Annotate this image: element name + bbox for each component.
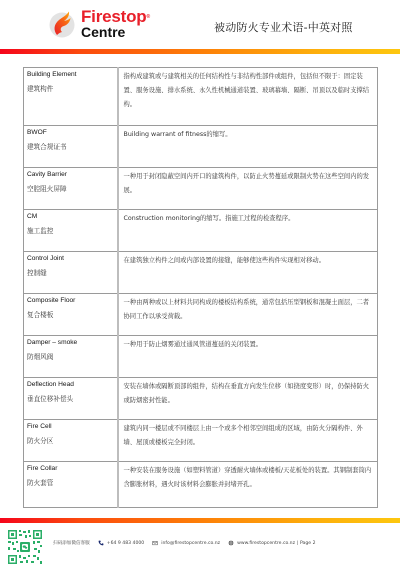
table-row: Damper – smoke 防烟风阀 一种用于防止烟雾通过通风管道蔓延的关闭装… [24,336,378,378]
term-cell: BWOF 建筑合规证书 [24,126,118,168]
page-header: Firestop® Centre 被动防火专业术语-中英对照 [0,0,400,49]
brand-name-line2: Centre [81,25,150,39]
table-row: Building Element 建筑构件 指构成建筑或与建筑相关的任何结构性与… [24,68,378,126]
definition-cell: 一种安装在服务设施（如塑料管道）穿透耐火墙体或楼板/天花板处的装置。其钢制套筒内… [118,462,378,508]
term-english: Damper – smoke [27,338,114,352]
term-chinese: 防烟风阀 [27,352,114,362]
term-definition: Building warrant of fitness的缩写。 [124,128,374,142]
term-cell: Deflection Head 垂直位移补偿头 [24,378,118,420]
definition-cell: 一种用于封闭隐蔽空间内开口的建筑构件，以防止火势蔓延或限制火势在这些空间内的发展… [118,168,378,210]
term-definition: 指构成建筑或与建筑相关的任何结构性与非结构性部件或组件，包括但不限于：固定装置、… [124,70,374,111]
term-definition: 一种安装在服务设施（如塑料管道）穿透耐火墙体或楼板/天花板处的装置。其钢制套筒内… [124,464,374,492]
term-english: Deflection Head [27,380,114,394]
glossary-table: Building Element 建筑构件 指构成建筑或与建筑相关的任何结构性与… [23,67,378,508]
registered-mark: ® [146,14,149,20]
qr-caption: 扫码添加微信客服 [53,540,90,546]
term-english: BWOF [27,128,114,142]
term-chinese: 控制缝 [27,268,114,278]
term-chinese: 垂直位移补偿头 [27,394,114,404]
document-title: 被动防火专业术语-中英对照 [214,19,353,35]
term-definition: Construction monitoring的缩写。指施工过程的检查程序。 [124,212,374,226]
contact-line: 扫码添加微信客服 +64 9 483 4000 info@firestopcen… [53,540,316,546]
table-row: Fire Cell 防火分区 建筑内同一楼层或不同楼层上由一个或多个相邻空间组成… [24,420,378,462]
definition-cell: 指构成建筑或与建筑相关的任何结构性与非结构性部件或组件，包括但不限于：固定装置、… [118,68,378,126]
definition-cell: Construction monitoring的缩写。指施工过程的检查程序。 [118,210,378,252]
term-chinese: 防火套管 [27,478,114,488]
term-definition: 一种用于封闭隐蔽空间内开口的建筑构件，以防止火势蔓延或限制火势在这些空间内的发展… [124,170,374,198]
definition-cell: 建筑内同一楼层或不同楼层上由一个或多个相邻空间组成的区域，由防火分隔构件、外墙、… [118,420,378,462]
table-row: Control Joint 控制缝 在建筑独立构件之间或内部设置的接缝，能够使这… [24,252,378,294]
definition-cell: 一种由两种或以上材料共同构成的楼板结构系统，通常包括压型钢板和混凝土面层，二者协… [118,294,378,336]
table-row: Cavity Barrier 空腔阻火屏障 一种用于封闭隐蔽空间内开口的建筑构件… [24,168,378,210]
table-row: Fire Collar 防火套管 一种安装在服务设施（如塑料管道）穿透耐火墙体或… [24,462,378,508]
firestop-centre-logo: Firestop® Centre [48,8,158,40]
header-gradient-divider [0,49,400,54]
table-row: Composite Floor 复合楼板 一种由两种或以上材料共同构成的楼板结构… [24,294,378,336]
term-chinese: 防火分区 [27,436,114,446]
flame-logo-icon [48,10,76,38]
term-english: Cavity Barrier [27,170,114,184]
term-english: Composite Floor [27,296,114,310]
definition-cell: 一种用于防止烟雾通过通风管道蔓延的关闭装置。 [118,336,378,378]
term-chinese: 复合楼板 [27,310,114,320]
term-chinese: 空腔阻火屏障 [27,184,114,194]
phone-icon [98,540,104,546]
term-cell: Damper – smoke 防烟风阀 [24,336,118,378]
term-definition: 一种用于防止烟雾通过通风管道蔓延的关闭装置。 [124,338,374,352]
globe-icon [228,540,234,546]
table-row: CM 施工监控 Construction monitoring的缩写。指施工过程… [24,210,378,252]
term-definition: 一种由两种或以上材料共同构成的楼板结构系统，通常包括压型钢板和混凝土面层，二者协… [124,296,374,324]
term-definition: 安装在墙体或隔断顶部的组件，结构在垂直方向发生位移（如挠度变形）时，仍保持防火或… [124,380,374,408]
table-row: Deflection Head 垂直位移补偿头 安装在墙体或隔断顶部的组件，结构… [24,378,378,420]
term-cell: Control Joint 控制缝 [24,252,118,294]
term-definition: 建筑内同一楼层或不同楼层上由一个或多个相邻空间组成的区域，由防火分隔构件、外墙、… [124,422,374,450]
definition-cell: 安装在墙体或隔断顶部的组件，结构在垂直方向发生位移（如挠度变形）时，仍保持防火或… [118,378,378,420]
page-footer: 扫码添加微信客服 +64 9 483 4000 info@firestopcen… [0,523,400,566]
term-cell: Fire Cell 防火分区 [24,420,118,462]
term-cell: Composite Floor 复合楼板 [24,294,118,336]
website-link[interactable]: www.firestopcentre.co.nz [237,541,295,546]
term-english: Fire Collar [27,464,114,478]
term-cell: CM 施工监控 [24,210,118,252]
term-cell: Cavity Barrier 空腔阻火屏障 [24,168,118,210]
term-definition: 在建筑独立构件之间或内部设置的接缝，能够使这些构件实现相对移动。 [124,254,374,268]
term-english: Fire Cell [27,422,114,436]
term-cell: Building Element 建筑构件 [24,68,118,126]
phone-number[interactable]: +64 9 483 4000 [107,541,144,546]
definition-cell: 在建筑独立构件之间或内部设置的接缝，能够使这些构件实现相对移动。 [118,252,378,294]
term-english: CM [27,212,114,226]
term-english: Control Joint [27,254,114,268]
term-chinese: 建筑合规证书 [27,142,114,152]
definition-cell: Building warrant of fitness的缩写。 [118,126,378,168]
term-chinese: 建筑构件 [27,84,114,94]
wechat-qr-code-icon[interactable] [7,529,43,565]
page-number: | Page 2 [297,541,316,546]
mail-icon [152,540,158,546]
term-chinese: 施工监控 [27,226,114,236]
email-link[interactable]: info@firestopcentre.co.nz [161,541,220,546]
term-english: Building Element [27,70,114,84]
table-row: BWOF 建筑合规证书 Building warrant of fitness的… [24,126,378,168]
term-cell: Fire Collar 防火套管 [24,462,118,508]
